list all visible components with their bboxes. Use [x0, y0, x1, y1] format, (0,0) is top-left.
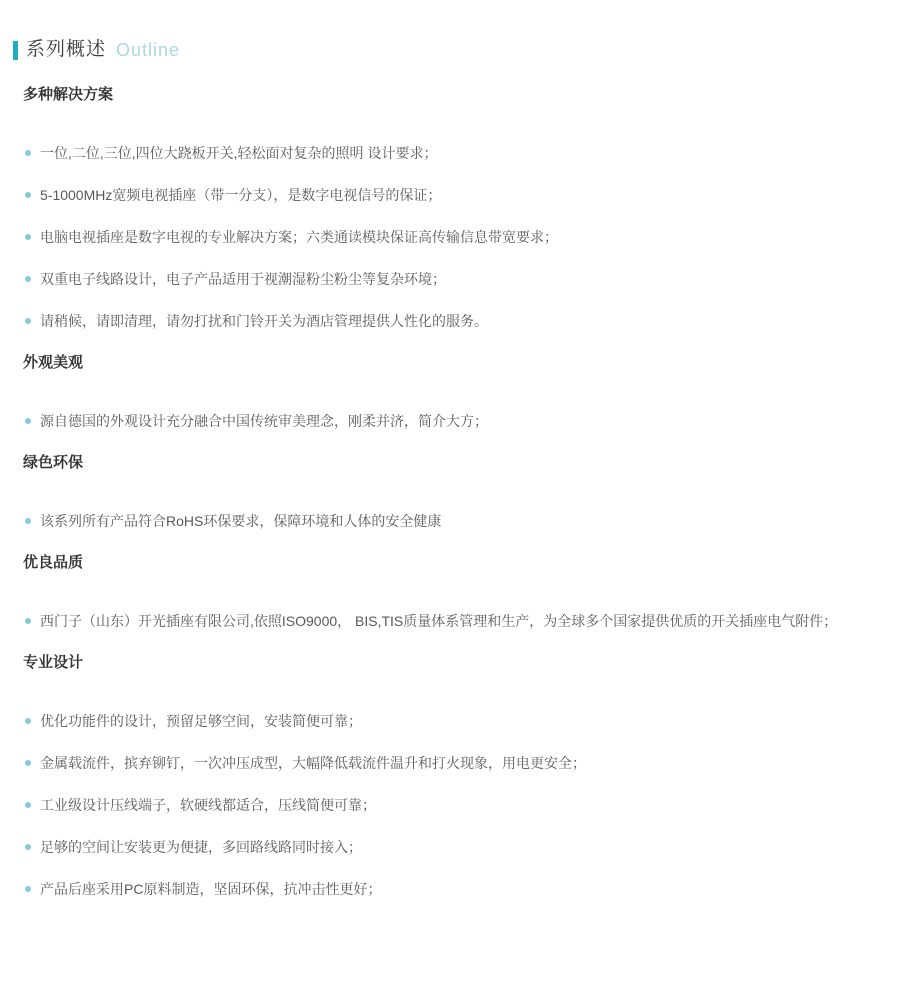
- list-item: 足够的空间让安装更为便捷，多回路线路同时接入；: [23, 837, 900, 857]
- list-item: 西门子（山东）开光插座有限公司,依照ISO9000， BIS,TIS质量体系管理…: [23, 611, 900, 631]
- list-item: 该系列所有产品符合RoHS环保要求，保障环境和人体的安全健康: [23, 511, 900, 531]
- feature-list-eco: 该系列所有产品符合RoHS环保要求，保障环境和人体的安全健康: [23, 511, 900, 531]
- accent-bar: [13, 41, 18, 60]
- subsection-heading-appearance: 外观美观: [23, 353, 900, 373]
- list-item: 产品后座采用PC原料制造，坚固环保，抗冲击性更好；: [23, 879, 900, 899]
- subsection-heading-quality: 优良品质: [23, 553, 900, 573]
- list-item: 金属载流件，摈弃铆钉，一次冲压成型，大幅降低载流件温升和打火现象，用电更安全；: [23, 753, 900, 773]
- section-header: 系列概述 Outline: [13, 40, 900, 60]
- feature-list-quality: 西门子（山东）开光插座有限公司,依照ISO9000， BIS,TIS质量体系管理…: [23, 611, 900, 631]
- page-title: 系列概述: [26, 40, 106, 60]
- list-item: 源自德国的外观设计充分融合中国传统审美理念，刚柔并济，简介大方；: [23, 411, 900, 431]
- subsection-heading-solutions: 多种解决方案: [23, 85, 900, 105]
- list-item: 请稍候，请即清理，请勿打扰和门铃开关为酒店管理提供人性化的服务。: [23, 311, 900, 331]
- list-item: 工业级设计压线端子，软硬线都适合，压线简便可靠；: [23, 795, 900, 815]
- list-item: 5-1000MHz宽频电视插座（带一分支），是数字电视信号的保证；: [23, 185, 900, 205]
- list-item: 一位,二位,三位,四位大跷板开关,轻松面对复杂的照明 设计要求；: [23, 143, 900, 163]
- page-title-english: Outline: [116, 40, 180, 60]
- feature-list-solutions: 一位,二位,三位,四位大跷板开关,轻松面对复杂的照明 设计要求； 5-1000M…: [23, 143, 900, 331]
- feature-list-appearance: 源自德国的外观设计充分融合中国传统审美理念，刚柔并济，简介大方；: [23, 411, 900, 431]
- subsection-heading-design: 专业设计: [23, 653, 900, 673]
- list-item: 双重电子线路设计，电子产品适用于视潮湿粉尘粉尘等复杂环境；: [23, 269, 900, 289]
- feature-list-design: 优化功能件的设计，预留足够空间，安装简便可靠； 金属载流件，摈弃铆钉，一次冲压成…: [23, 711, 900, 899]
- list-item: 电脑电视插座是数字电视的专业解决方案；六类通读模块保证高传输信息带宽要求；: [23, 227, 900, 247]
- list-item: 优化功能件的设计，预留足够空间，安装简便可靠；: [23, 711, 900, 731]
- product-outline-page: 系列概述 Outline 多种解决方案 一位,二位,三位,四位大跷板开关,轻松面…: [0, 0, 900, 996]
- subsection-heading-eco: 绿色环保: [23, 453, 900, 473]
